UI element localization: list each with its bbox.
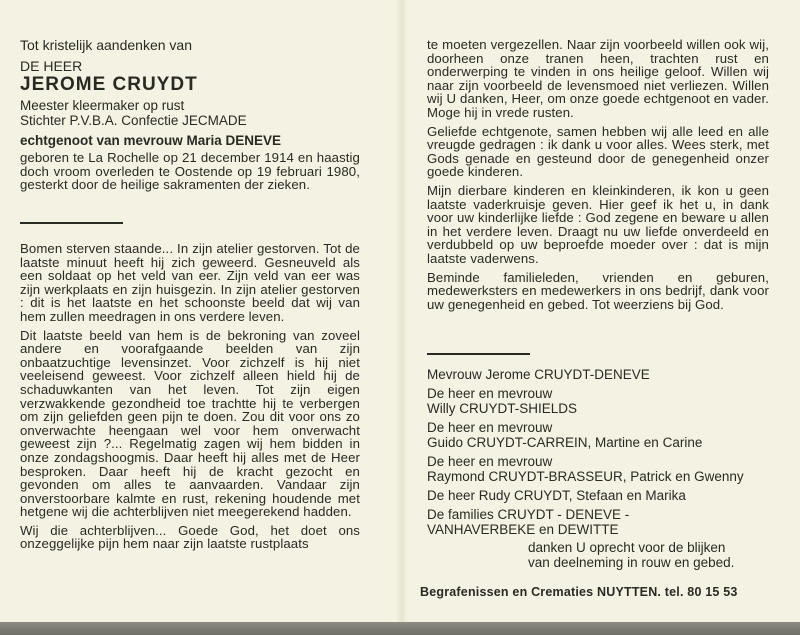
family-line: Mevrouw Jerome CRUYDT-DENEVE [427, 367, 769, 382]
scan-edge [0, 622, 800, 635]
card-fold [396, 0, 410, 622]
family-line: De families CRUYDT - DENEVE - [427, 507, 769, 522]
family-entry: Mevrouw Jerome CRUYDT-DENEVE [427, 367, 769, 382]
occupation-line: Stichter P.V.B.A. Confectie JECMADE [20, 113, 247, 128]
family-entry: De heer en mevrouw Raymond CRUYDT-BRASSE… [427, 454, 769, 484]
family-line: De heer en mevrouw [427, 420, 769, 435]
family-line: De heer en mevrouw [427, 386, 769, 401]
bio-text: geboren te La Rochelle op 21 december 19… [20, 151, 360, 192]
spouse-line: echtgenoot van mevrouw Maria DENEVE [20, 133, 281, 148]
memorial-card: Tot kristelijk aandenken van DE HEER JER… [0, 0, 800, 622]
intro-text: Tot kristelijk aandenken van [20, 37, 192, 53]
paragraph: Wij die achterblijven... Goede God, het … [20, 524, 360, 551]
family-line: Willy CRUYDT-SHIELDS [427, 401, 769, 416]
family-line: Guido CRUYDT-CARREIN, Martine en Carine [427, 435, 769, 450]
paragraph: te moeten vergezellen. Naar zijn voorbee… [427, 38, 769, 120]
family-entry: De heer Rudy CRUYDT, Stefaan en Marika [427, 488, 769, 503]
family-entry: De families CRUYDT - DENEVE - VANHAVERBE… [427, 507, 769, 537]
divider [427, 353, 530, 355]
undertaker-line: Begrafenissen en Crematies NUYTTEN. tel.… [420, 585, 738, 599]
paragraph: Bomen sterven staande... In zijn atelier… [20, 242, 360, 324]
thanks-text: danken U oprecht voor de blijken van dee… [528, 540, 734, 570]
family-entry: De heer en mevrouw Guido CRUYDT-CARREIN,… [427, 420, 769, 450]
thanks-line: van deelneming in rouw en gebed. [528, 555, 734, 570]
occupation-line: Meester kleermaker op rust [20, 98, 184, 113]
paragraph: Mijn dierbare kinderen en kleinkinderen,… [427, 184, 769, 266]
left-paragraphs: Bomen sterven staande... In zijn atelier… [20, 242, 360, 556]
family-line: De heer Rudy CRUYDT, Stefaan en Marika [427, 488, 769, 503]
family-line: VANHAVERBEKE en DEWITTE [427, 522, 769, 537]
deceased-name: JEROME CRUYDT [20, 74, 198, 96]
paragraph: Dit laatste beeld van hem is de bekronin… [20, 329, 360, 519]
family-line: De heer en mevrouw [427, 454, 769, 469]
title-text: DE HEER [20, 58, 82, 74]
paragraph: Beminde familieleden, vrienden en gebure… [427, 271, 769, 312]
family-line: Raymond CRUYDT-BRASSEUR, Patrick en Gwen… [427, 469, 769, 484]
family-list: Mevrouw Jerome CRUYDT-DENEVE De heer en … [427, 367, 769, 541]
family-entry: De heer en mevrouw Willy CRUYDT-SHIELDS [427, 386, 769, 416]
paragraph: Geliefde echtgenote, samen hebben wij al… [427, 125, 769, 179]
divider [20, 222, 123, 224]
thanks-line: danken U oprecht voor de blijken [528, 540, 734, 555]
right-paragraphs: te moeten vergezellen. Naar zijn voorbee… [427, 38, 769, 316]
